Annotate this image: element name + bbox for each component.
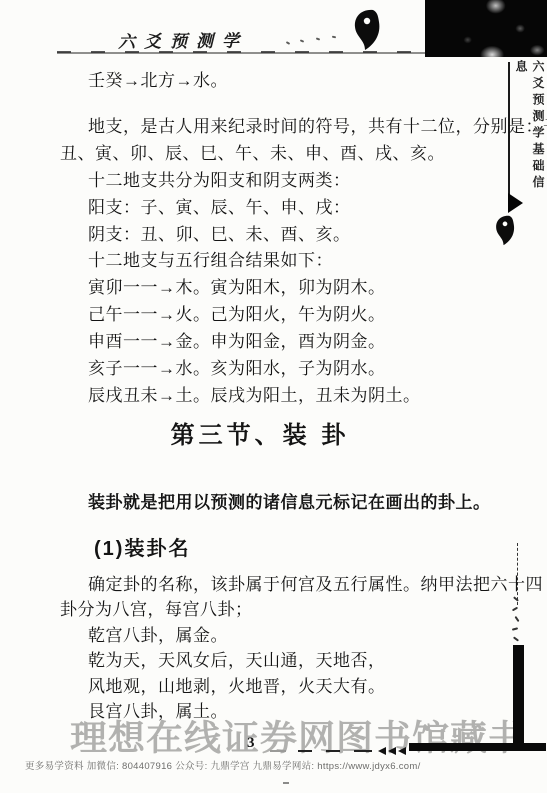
- dashed-arrow-marks: [270, 747, 410, 755]
- body-line: 乾为天，天风女后，天山通，天地否，: [60, 646, 490, 671]
- body-line: 阳支：子、寅、辰、午、申、戌：: [60, 193, 490, 220]
- body-line: 己午一一→火。己为阳火，午为阴火。: [60, 300, 490, 327]
- margin-scribble-marks: [511, 598, 523, 648]
- scan-corner-block: [425, 0, 547, 57]
- scanned-book-page: 六爻预测学 六爻预测学基础信息 壬癸→北方→水。 地支，是古人用来纪录时间的符号…: [0, 0, 547, 793]
- body-line: 装卦就是把用以预测的诸信息元标记在画出的卦上。: [60, 488, 490, 515]
- scan-stray-mark: [283, 782, 289, 784]
- section-title: 第三节、装 卦: [60, 415, 460, 450]
- body-line: 卦分为八宫，每宫八卦；: [60, 595, 490, 620]
- page-number: 3: [247, 735, 255, 752]
- taiji-comma-icon: [352, 8, 382, 52]
- body-line: 辰戌丑未→土。辰戌为阳土，丑未为阴土。: [60, 381, 490, 408]
- subsection-heading: (1)装卦名: [94, 532, 190, 561]
- body-block-gua: 确定卦的名称，该卦属于何宫及五行属性。纳甲法把六十四 卦分为八宫，每宫八卦； 乾…: [60, 570, 490, 722]
- sidebar-arrow-icon: [508, 193, 523, 213]
- body-line: 亥子一一→水。亥为阳水，子为阴水。: [60, 354, 490, 381]
- body-line: 壬癸→北方→水。: [60, 66, 480, 93]
- body-line: 地支，是古人用来纪录时间的符号，共有十二位，分别是：子、: [60, 112, 490, 139]
- left-arrow-icon: [378, 747, 386, 755]
- running-header-title: 六爻预测学: [118, 26, 248, 52]
- margin-dashed-rule: [517, 543, 518, 605]
- body-line: 丑、寅、卯、辰、巳、午、未、申、酉、戌、亥。: [60, 139, 490, 166]
- body-line: 十二地支与五行组合结果如下：: [60, 246, 490, 273]
- body-line: 寅卯一一→木。寅为阳木，卯为阴木。: [60, 273, 490, 300]
- taiji-comma-icon-small: [494, 214, 516, 247]
- footer-promo-text: 更多易学资料 加微信: 804407916 公众号: 九鼎学宫 九鼎易学网站: …: [25, 758, 495, 772]
- body-line: 风地观，山地剥，火地晋，火天大有。: [60, 672, 490, 697]
- header-rule: [57, 51, 457, 54]
- scan-border-vertical-bar: [513, 645, 524, 751]
- scan-speck-marks: [286, 36, 344, 46]
- body-line: 阴支：丑、卯、巳、未、酉、亥。: [60, 220, 490, 247]
- body-block-top: 壬癸→北方→水。: [60, 66, 480, 93]
- body-line: 乾宫八卦，属金。: [60, 621, 490, 646]
- body-block-dizhi: 地支，是古人用来纪录时间的符号，共有十二位，分别是：子、 丑、寅、卯、辰、巳、午…: [60, 112, 490, 408]
- left-arrow-icon: [398, 747, 406, 755]
- body-line: 十二地支共分为阳支和阴支两类：: [60, 166, 490, 193]
- section-intro: 装卦就是把用以预测的诸信息元标记在画出的卦上。: [60, 488, 490, 515]
- left-arrow-icon: [388, 747, 396, 755]
- body-line: 确定卦的名称，该卦属于何宫及五行属性。纳甲法把六十四: [60, 570, 490, 595]
- body-line: 申酉一一→金。申为阳金，酉为阴金。: [60, 327, 490, 354]
- scan-border-horizontal-bar: [409, 743, 546, 751]
